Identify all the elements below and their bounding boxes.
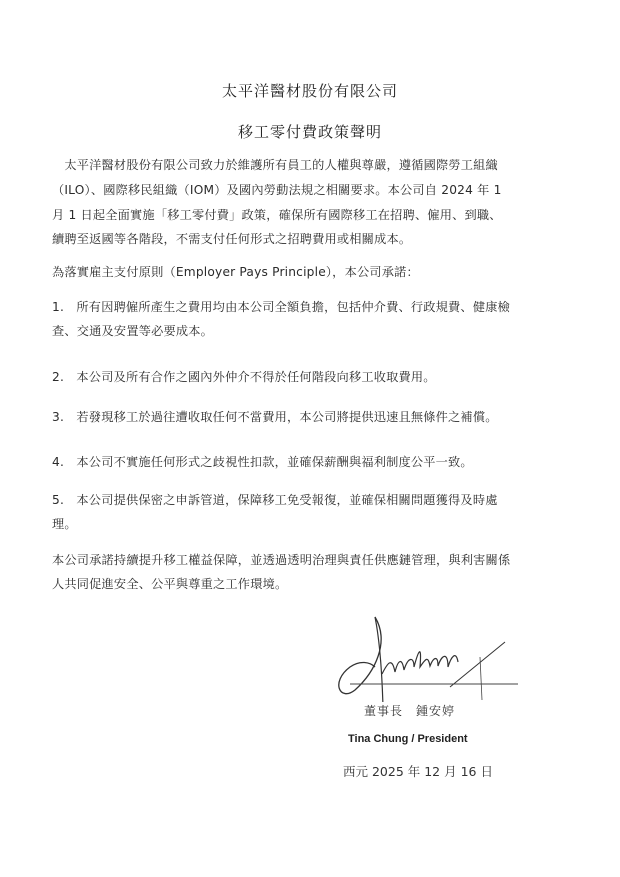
intro-line: 續聘至返國等各階段，不需支付任何形式之招聘費用或相關成本。 bbox=[52, 230, 411, 247]
commitment-item-5: 5. 本公司提供保密之申訴管道，保障移工免受報復，並確保相關問題獲得及時處 bbox=[52, 491, 498, 508]
commitment-item-2: 2. 本公司及所有合作之國內外仲介不得於任何階段向移工收取費用。 bbox=[52, 368, 436, 385]
commitment-item-1-cont: 查、交通及安置等必要成本。 bbox=[52, 322, 213, 339]
handwritten-signature-icon bbox=[330, 612, 520, 702]
commitment-item-4: 4. 本公司不實施任何形式之歧視性扣款，並確保薪酬與福利制度公平一致。 bbox=[52, 453, 473, 470]
intro-line: 太平洋醫材股份有限公司致力於維護所有員工的人權與尊嚴，遵循國際勞工組織 bbox=[52, 156, 498, 173]
signatory-title-name: 董事長 鍾安婷 bbox=[364, 702, 455, 719]
commitment-item-3: 3. 若發現移工於過往遭收取任何不當費用，本公司將提供迅速且無條件之補償。 bbox=[52, 408, 498, 425]
intro-line: （ILO）、國際移民組織（IOM）及國內勞動法規之相關要求。本公司自 2024 … bbox=[52, 181, 502, 198]
commitment-item-5-cont: 理。 bbox=[52, 515, 77, 532]
signature-date: 西元 2025 年 12 月 16 日 bbox=[343, 762, 493, 780]
company-title: 太平洋醫材股份有限公司 bbox=[0, 80, 620, 101]
signature-image bbox=[330, 612, 520, 702]
statement-title: 移工零付費政策聲明 bbox=[0, 121, 620, 142]
intro-line: 月 1 日起全面實施「移工零付費」政策，確保所有國際移工在招聘、僱用、到職、 bbox=[52, 206, 502, 223]
commitment-item-1: 1. 所有因聘僱所產生之費用均由本公司全額負擔，包括仲介費、行政規費、健康檢 bbox=[52, 298, 510, 315]
closing-line: 本公司承諾持續提升移工權益保障，並透過透明治理與責任供應鏈管理，與利害關係 bbox=[52, 551, 510, 568]
closing-line: 人共同促進安全、公平與尊重之工作環境。 bbox=[52, 575, 287, 592]
commitment-intro: 為落實雇主支付原則（Employer Pays Principle），本公司承諾… bbox=[52, 263, 419, 280]
signatory-english-name: Tina Chung / President bbox=[348, 733, 468, 745]
